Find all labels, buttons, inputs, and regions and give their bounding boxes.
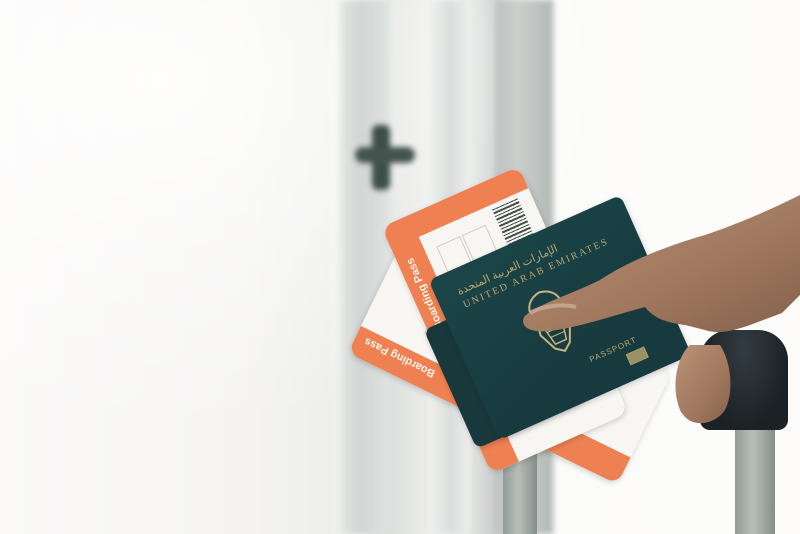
window-latch (355, 125, 415, 190)
window-frame-post (340, 0, 390, 534)
hand (520, 195, 800, 435)
photo-scene: Boarding Pass Boarding Pass الإمارات الع… (0, 0, 800, 534)
